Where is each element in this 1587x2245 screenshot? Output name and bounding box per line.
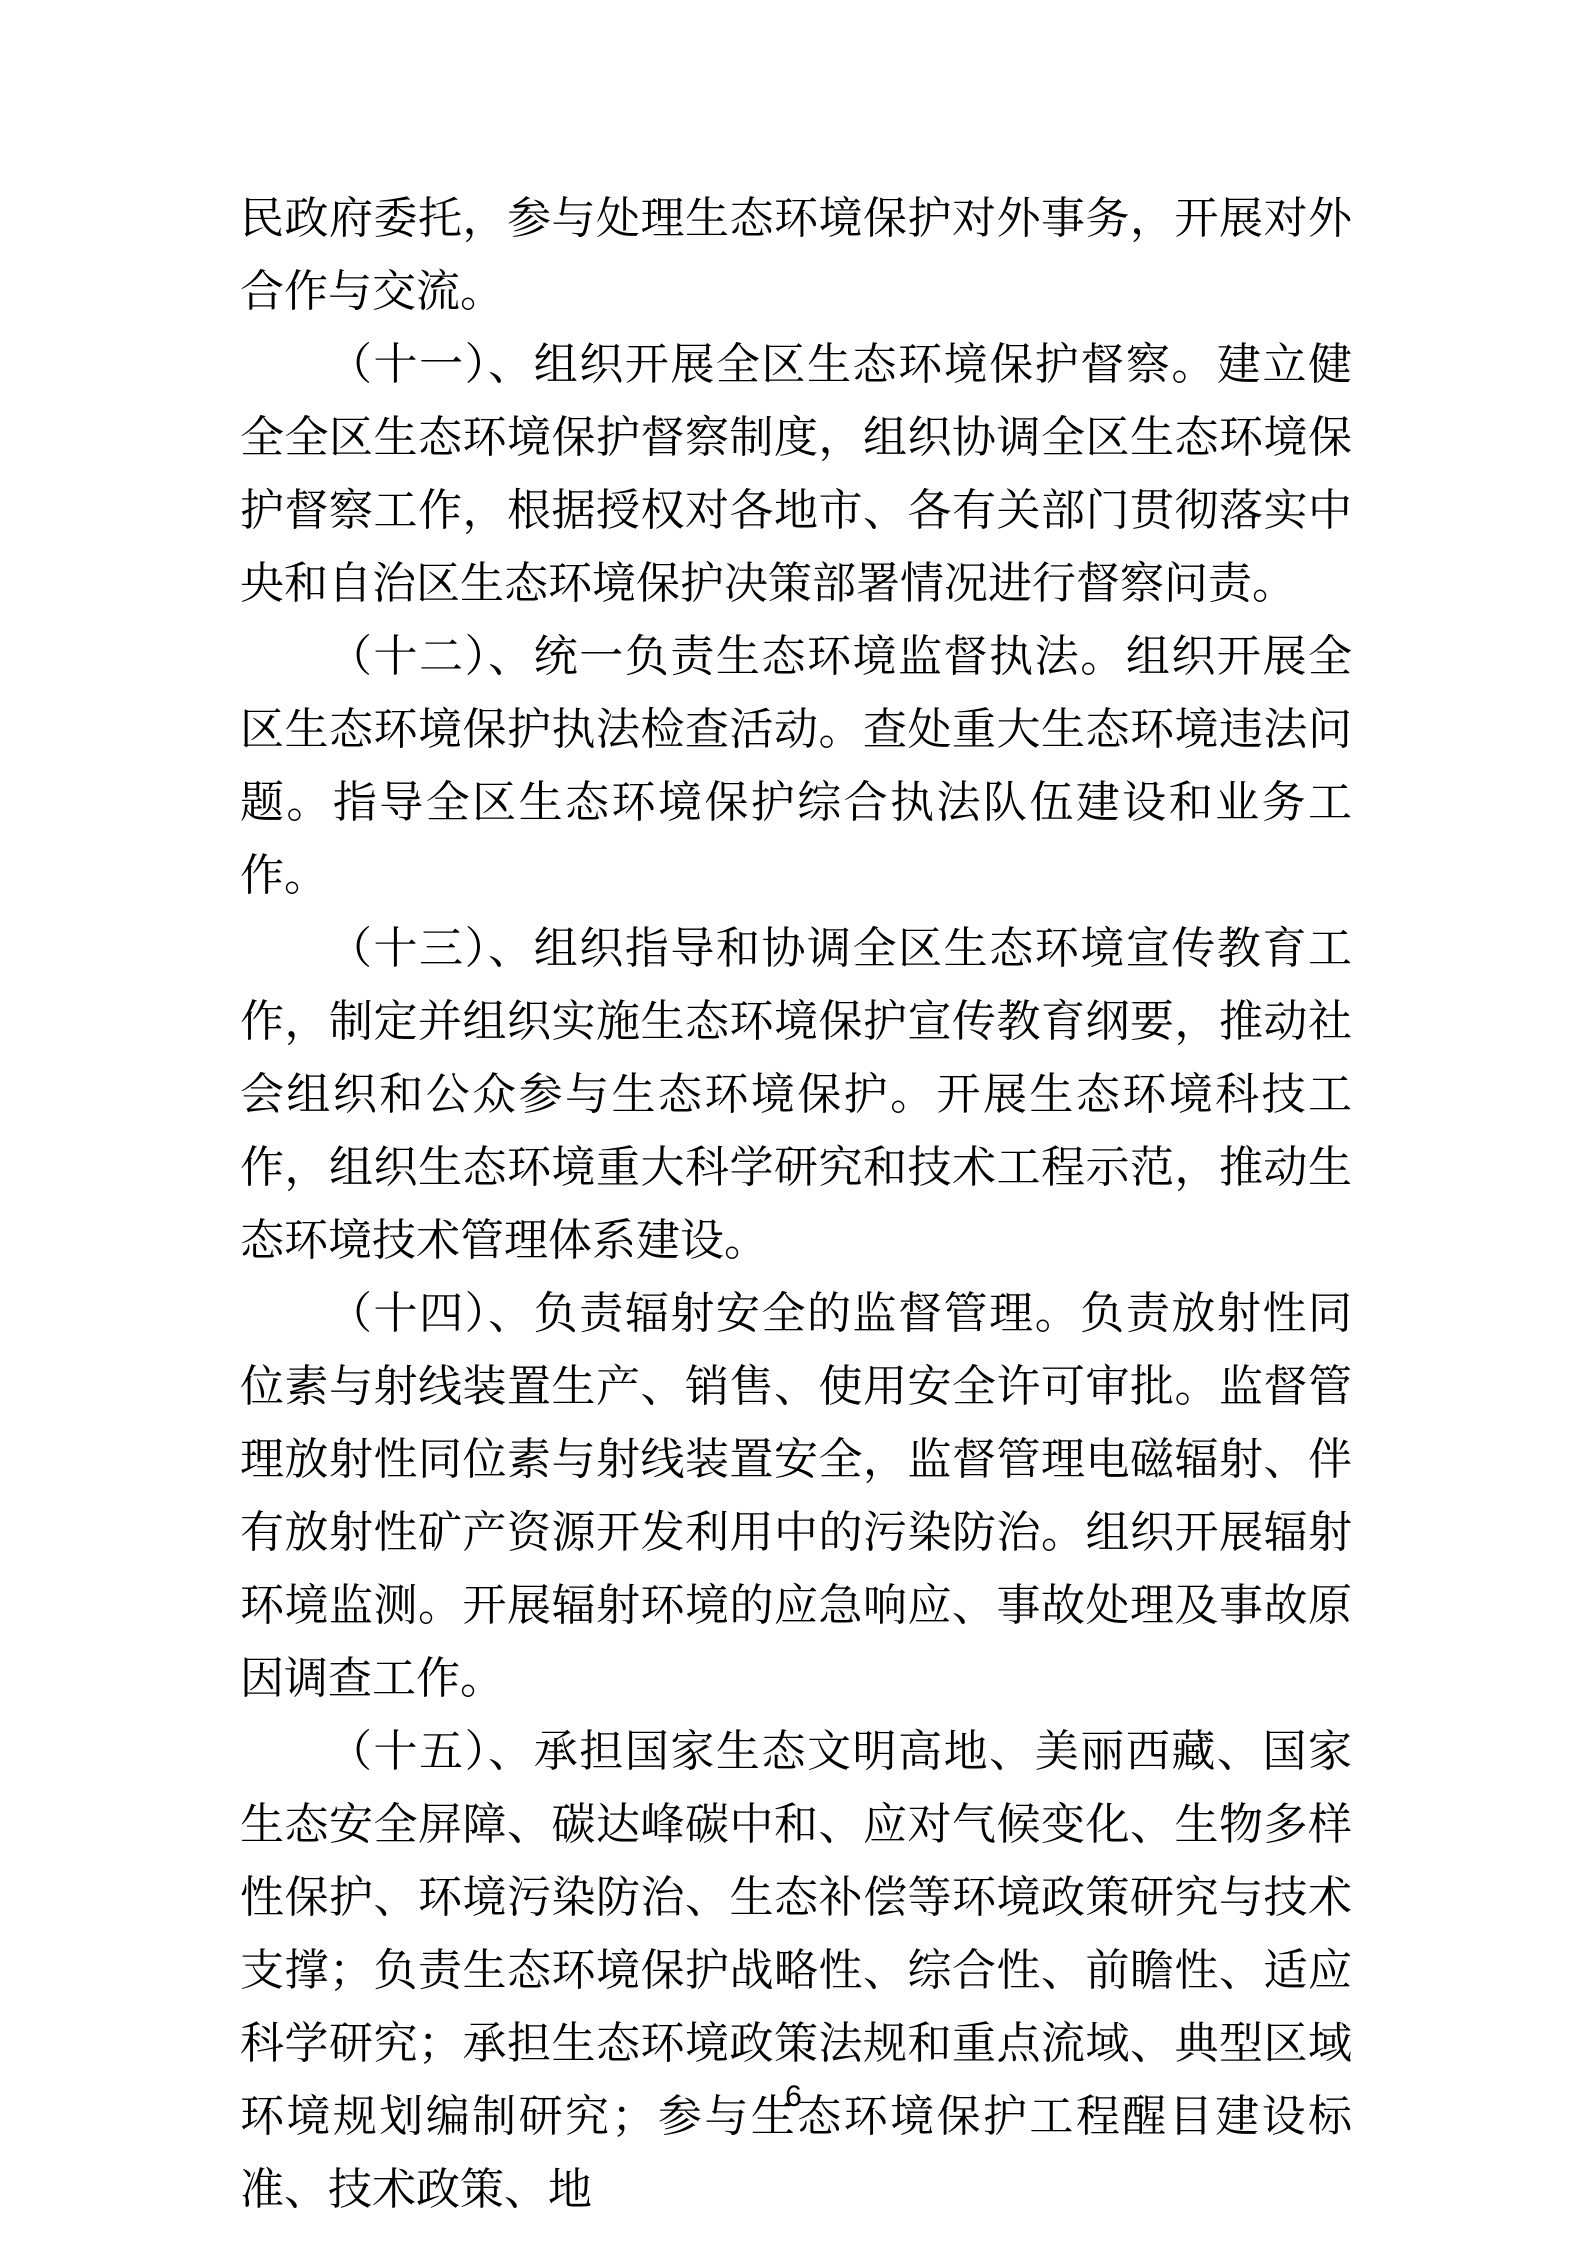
- document-body: 民政府委托，参与处理生态环境保护对外事务，开展对外合作与交流。 （十一）、组织开…: [240, 182, 1352, 2226]
- paragraph-item-11: （十一）、组织开展全区生态环境保护督察。建立健全全区生态环境保护督察制度，组织协…: [240, 328, 1352, 620]
- page-number: 6: [0, 2078, 1587, 2116]
- document-page: 民政府委托，参与处理生态环境保护对外事务，开展对外合作与交流。 （十一）、组织开…: [0, 0, 1587, 2245]
- paragraph-item-14: （十四）、负责辐射安全的监督管理。负责放射性同位素与射线装置生产、销售、使用安全…: [240, 1277, 1352, 1715]
- paragraph-item-12: （十二）、统一负责生态环境监督执法。组织开展全区生态环境保护执法检查活动。查处重…: [240, 620, 1352, 912]
- paragraph-item-13: （十三）、组织指导和协调全区生态环境宣传教育工作，制定并组织实施生态环境保护宣传…: [240, 912, 1352, 1277]
- paragraph-continuation: 民政府委托，参与处理生态环境保护对外事务，开展对外合作与交流。: [240, 182, 1352, 328]
- paragraph-item-15: （十五）、承担国家生态文明高地、美丽西藏、国家生态安全屏障、碳达峰碳中和、应对气…: [240, 1715, 1352, 2226]
